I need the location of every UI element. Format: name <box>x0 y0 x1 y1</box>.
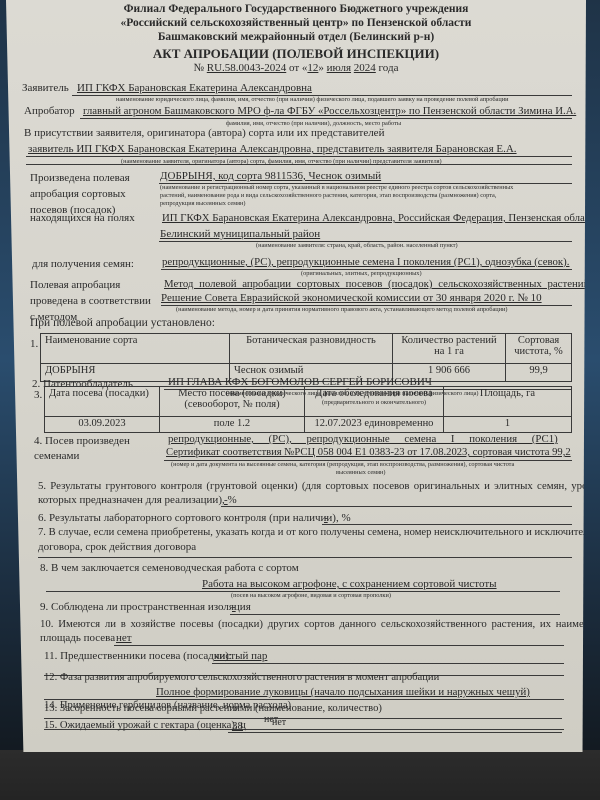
item11-label: 11. Предшественники посева (посадки): <box>44 650 232 662</box>
item6-label: 6. Результаты лабораторного сортового ко… <box>38 512 351 524</box>
org-line-1: Филиал Федерального Государственного Бюд… <box>6 3 586 15</box>
sowing-table: Дата посева (посадки) Место посева (поса… <box>44 386 572 433</box>
th-variety-name: Наименование сорта <box>41 334 230 364</box>
item8-hint: (посев на высоком агрофоне, видовая и со… <box>231 592 391 599</box>
approbator-hint: фамилия, имя, отчество (при наличии), до… <box>226 120 401 127</box>
th-survey-date: Дата обследования посева (предварительно… <box>305 387 444 417</box>
method-value-1: Метод полевой апробации сортовых посевов… <box>164 278 592 290</box>
th-purity: Сортовая чистота, % <box>506 334 572 364</box>
td-purity: 99,9 <box>506 364 572 382</box>
variety-table: Наименование сорта Ботаническая разновид… <box>40 333 572 382</box>
org-line-3: Башмаковский межрайонный отдел (Белински… <box>6 31 586 43</box>
table1-number: 1. <box>30 338 38 350</box>
variety-hint-line: (наименование и регистрационный номер со… <box>160 184 513 192</box>
item10-line-2: площадь посева <box>40 632 115 644</box>
variety-label: Произведена полевая апробация сортовых п… <box>30 170 130 218</box>
item5-line <box>221 506 572 507</box>
item15-label: 15. Ожидаемый урожай с гектара (оценка),… <box>44 720 246 731</box>
item11-value: чистый пар <box>214 650 267 662</box>
item7-line-2: договора, срок действия договора <box>38 541 196 553</box>
th-area: Площадь, га <box>444 387 572 417</box>
desk-surface <box>0 750 600 800</box>
fields-label: находящихся на полях <box>30 212 135 224</box>
variety-hint: (наименование и регистрационный номер со… <box>160 184 513 208</box>
item10-line-1: 10. Имеются ли в хозяйстве посевы (посад… <box>40 618 600 630</box>
item9-line <box>230 614 560 615</box>
item7-line <box>38 557 572 558</box>
table-header-row: Наименование сорта Ботаническая разновид… <box>41 334 572 364</box>
applicant-hint: наименование юридического лица, фамилия,… <box>116 96 508 103</box>
variety-label-line: Произведена полевая <box>30 170 130 186</box>
item10-value: нет <box>116 632 132 644</box>
td-area: 1 <box>444 417 572 433</box>
item7-line-1: 7. В случае, если семена приобретены, ук… <box>38 527 600 538</box>
th-sowing-date: Дата посева (посадки) <box>45 387 160 417</box>
method-label-line: Полевая апробация <box>30 277 151 293</box>
established-label: При полевой апробации установлено: <box>30 317 215 329</box>
table-row: 03.09.2023 поле 1.2 12.07.2023 единоврем… <box>45 417 572 433</box>
document-title: АКТ АПРОБАЦИИ (ПОЛЕВОЙ ИНСПЕКЦИИ) <box>6 46 586 62</box>
th-botanical: Ботаническая разновидность <box>230 334 393 364</box>
table-header-row: Дата посева (посадки) Место посева (поса… <box>45 387 572 417</box>
act-year: 2024 <box>354 62 376 74</box>
item12-label: 12. Фаза развития апробируемого сельскох… <box>44 672 439 683</box>
item5-line-1: 5. Результаты грунтового контроля (грунт… <box>38 480 600 492</box>
seeds-purpose-label: для получения семян: <box>32 258 134 270</box>
fields-value-2: Белинский муниципальный район <box>160 228 320 240</box>
presence-label: В присутствии заявителя, оригинатора (ав… <box>24 127 384 139</box>
date-mid: » <box>318 62 324 74</box>
method-value-2: Решение Совета Евразийской экономической… <box>161 292 542 304</box>
item14-value: нет <box>264 714 278 725</box>
th-sowing-place: Место посева (посадки) (севооборот, № по… <box>160 387 305 417</box>
item4-hint-1: (номер и дата документа на высеянные сем… <box>171 461 514 468</box>
item15-value: 38 <box>232 720 243 732</box>
th-survey-date-label: Дата обследования посева <box>309 388 439 399</box>
item4-value-2: Сертификат соответствия №РСЦ 058 004 Е1 … <box>166 447 571 458</box>
item4-label-line: 4. Посев произведен <box>34 434 130 449</box>
variety-hint-line: репродукция высеянных семян) <box>160 200 513 208</box>
item5-value: - <box>224 494 228 506</box>
item14-line <box>44 718 562 719</box>
number-sign: № <box>194 62 205 74</box>
document-sheet: Филиал Федерального Государственного Бюд… <box>6 0 586 752</box>
item9-value: - <box>232 601 236 613</box>
item4-value-1: репродукционные, (РС), репродукционные с… <box>168 433 558 445</box>
method-label-line: проведена в соответствии <box>30 293 151 309</box>
year-suffix: года <box>379 62 399 74</box>
item11-line <box>212 663 564 664</box>
variety-hint-line: растений, наименование рода и вида сельс… <box>160 192 513 200</box>
seeds-purpose-value: репродукционные, (РС), репродукционные с… <box>162 256 569 268</box>
item10-line <box>114 645 564 646</box>
item15-line <box>228 732 562 733</box>
variety-label-line: апробация сортовых <box>30 186 130 202</box>
item4-label: 4. Посев произведен семенами <box>34 434 130 464</box>
act-month: июля <box>327 62 351 74</box>
item9-label: 9. Соблюдена ли пространственная изоляци… <box>40 601 251 613</box>
item8-value: Работа на высоком агрофоне, с сохранение… <box>202 578 497 590</box>
presence-value: заявитель ИП ГКФХ Барановская Екатерина … <box>28 143 517 155</box>
td-sowing-date: 03.09.2023 <box>45 417 160 433</box>
presence-line-1 <box>26 156 572 157</box>
approbator-line <box>80 118 572 119</box>
applicant-label: Заявитель <box>22 82 69 94</box>
variety-value: ДОБРЫНЯ, код сорта 9811536, Чеснок озимы… <box>160 170 381 182</box>
approbator-value: главный агроном Башмаковского МРО ф-ла Ф… <box>83 105 576 117</box>
act-day: 12 <box>307 62 318 74</box>
seeds-purpose-hint: (оригинальных, элитных, репродукционных) <box>301 270 422 277</box>
applicant-value: ИП ГКФХ Барановская Екатерина Александро… <box>77 82 312 94</box>
item4-label-line: семенами <box>34 449 130 464</box>
td-survey-date: 12.07.2023 единовременно <box>305 417 444 433</box>
fields-value-1: ИП ГКФХ Барановская Екатерина Александро… <box>162 212 600 224</box>
item4-hint-2: высеянных семян) <box>336 469 385 476</box>
th-plants-per-ha: Количество растений на 1 га <box>393 334 506 364</box>
th-survey-date-sub: (предварительного и окончательного) <box>309 399 439 406</box>
method-hint: (наименование метода, номер и дата приня… <box>176 306 507 313</box>
act-number: RU.58.0043-2024 <box>207 62 286 74</box>
presence-hint: (наименование заявителя, оригинатора (ав… <box>121 158 442 165</box>
item5-line-2: которых предназначен для реализации), % <box>38 494 237 506</box>
item6-line <box>322 524 572 525</box>
act-number-line: № RU.58.0043-2024 от «12» июля 2024 года <box>6 62 586 74</box>
item14-label: 14. Применение гербицидов (название, нор… <box>44 700 291 711</box>
item8-label: 8. В чем заключается семеноводческая раб… <box>40 562 299 574</box>
date-from: от « <box>289 62 307 74</box>
td-sowing-place: поле 1.2 <box>160 417 305 433</box>
item6-value: - <box>324 512 328 524</box>
approbator-label: Апробатор <box>24 105 75 117</box>
org-line-2: «Российский сельскохозяйственный центр» … <box>6 17 586 29</box>
fields-hint: (наименование заявителя: страна, край, о… <box>256 242 458 249</box>
table3-number: 3. <box>34 389 42 401</box>
item12-value: Полное формирование луковицы (начало под… <box>156 686 530 698</box>
